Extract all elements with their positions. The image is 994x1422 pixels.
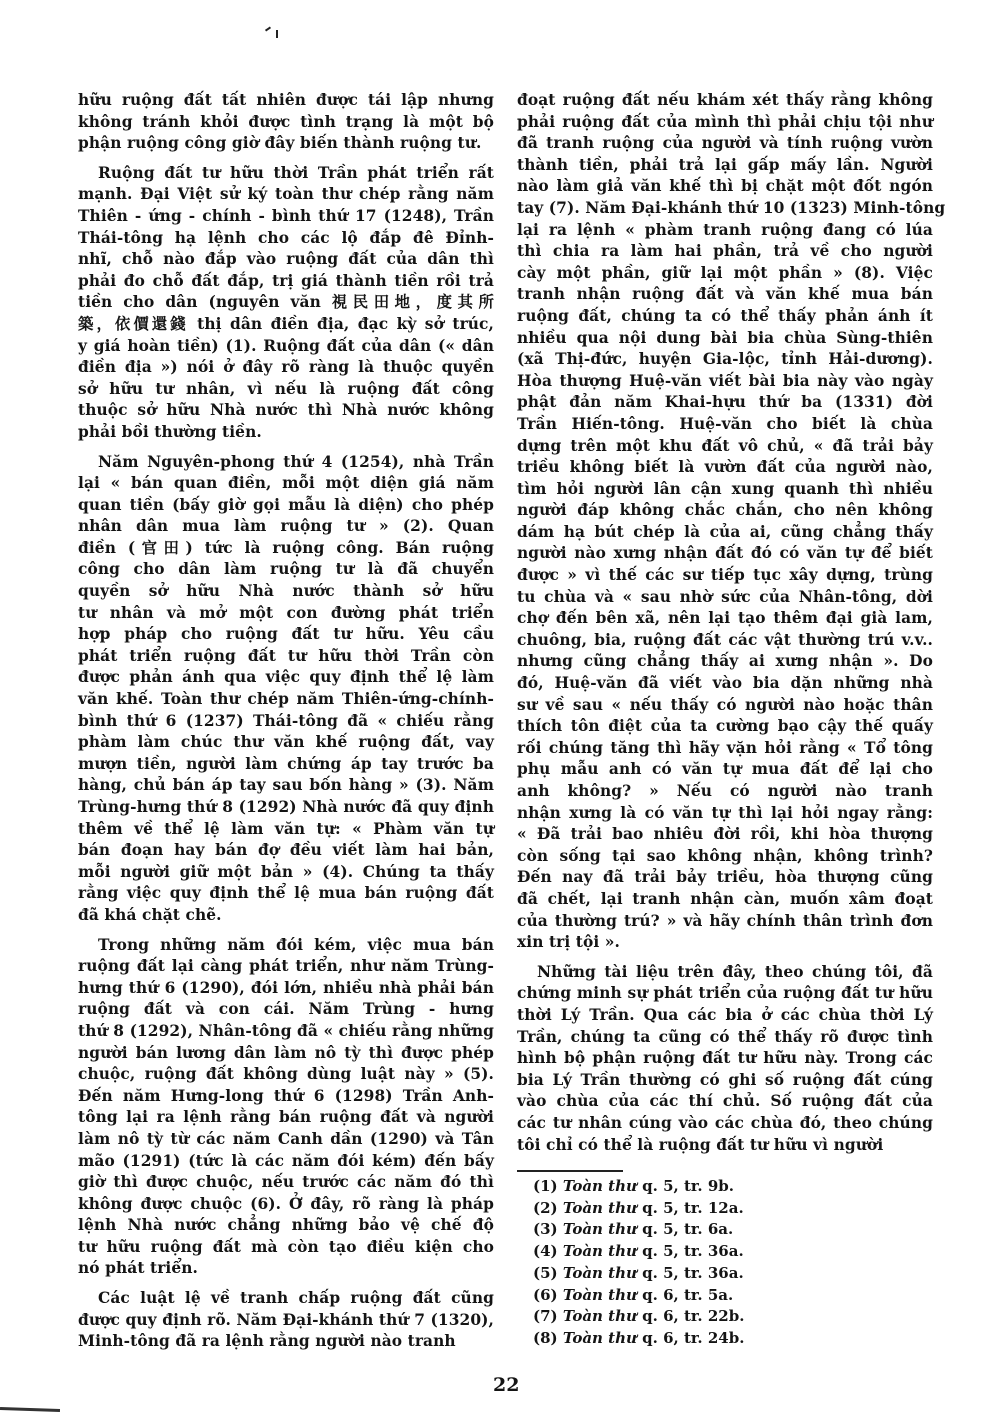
footnote-ref: q. 5, tr. 9b. (642, 1177, 734, 1195)
text-line: nhưng cũng chẳng thấy ai xưng nhận ». Do (517, 651, 933, 673)
text-line: lại ra lệnh « phàm tranh ruộng đang có l… (517, 220, 933, 242)
footnote-ref: q. 5, tr. 6a. (642, 1220, 733, 1238)
text-line: còn sống tại sao không nhận, không trình… (517, 846, 933, 868)
text-line: tranh nhận ruộng đất và văn khế mua bán (517, 284, 933, 306)
text-line: bia Lý Trần thường có ghi số ruộng đất c… (517, 1070, 933, 1092)
text-line: ruộng đất và con cái. Năm Trùng - hưng (78, 999, 494, 1021)
footnote-ref: q. 6, tr. 24b. (642, 1329, 744, 1347)
text-line: người bán lương dân làm nô tỳ thì được p… (78, 1043, 494, 1065)
text-line: nhân dân mua làm ruộng tư » (2). Quan (78, 516, 494, 538)
footnote-number: (1) (533, 1177, 558, 1195)
text-line: được » vì thế các sư tiếp tục xây dựng, … (517, 565, 933, 587)
text-line: triều không biết là vườn đất của người n… (517, 457, 933, 479)
page-number: 22 (493, 1374, 519, 1396)
scan-edge-mark (0, 1407, 60, 1412)
text-line: của thường trú? » và hãy chính thân trìn… (517, 911, 933, 933)
text-line: phụ mẫu anh có văn tự mua đất để lại cho (517, 759, 933, 781)
text-line: đoạt ruộng đất nếu khám xét thấy rằng kh… (517, 90, 933, 112)
text-line: không tránh khỏi được tình trạng là một … (78, 112, 494, 134)
footnote: (4) Toàn thư q. 5, tr. 36a. (533, 1241, 744, 1263)
paragraph: hữu ruộng đất tất nhiên được tái lập như… (78, 90, 494, 155)
text-line: Ruộng đất tư hữu thời Trần phát triển rấ… (78, 163, 494, 185)
paragraph: đoạt ruộng đất nếu khám xét thấy rằng kh… (517, 90, 933, 954)
text-line: hưng thứ 6 (1290), đói lớn, nhiều nhà ph… (78, 978, 494, 1000)
text-line: anh không? » Nếu có người nào tranh (517, 781, 933, 803)
text-line: điền (官田) tức là ruộng công. Bán ruộng (78, 538, 494, 560)
footnote: (3) Toàn thư q. 5, tr. 6a. (533, 1219, 744, 1241)
text-line: chứng minh sự phát triển của ruộng đất t… (517, 983, 933, 1005)
text-line: phải ruộng đất của mình thì phải chịu tộ… (517, 112, 933, 134)
text-line: tay (7). Năm Đại-khánh thứ 10 (1323) Min… (517, 198, 933, 220)
text-line: Các luật lệ về tranh chấp ruộng đất cũng (78, 1288, 494, 1310)
text-line: phát triển ruộng đất tư hữu thời Trần cò… (78, 646, 494, 668)
text-line: công cho dân làm ruộng tư là đã chuyển (78, 559, 494, 581)
text-line: Những tài liệu trên đây, theo chúng tôi,… (517, 962, 933, 984)
text-line: rằng việc quy định thể lệ mua bán ruộng … (78, 883, 494, 905)
scan-artifact-mark (265, 26, 279, 36)
footnote-number: (7) (533, 1307, 558, 1325)
text-line: mạnh. Đại Việt sử ký toàn thư chép rằng … (78, 184, 494, 206)
text-line: đã khá chặt chẽ. (78, 905, 494, 927)
text-line: tiền cho dân (nguyên văn 視民田地，度其所 (78, 292, 494, 314)
text-line: người nào xưng nhận đất đó có văn tự để … (517, 543, 933, 565)
footnote-ref: q. 5, tr. 36a. (642, 1242, 744, 1260)
text-line: nó phát triển. (78, 1258, 494, 1280)
paragraph: Các luật lệ về tranh chấp ruộng đất cũng… (78, 1288, 494, 1353)
text-line: tìm hỏi người lân cận xung quanh thì nhi… (517, 479, 933, 501)
text-line: nhiều qua nội dung bài bia chùa Sùng-thi… (517, 328, 933, 350)
text-line: Minh-tông đã ra lệnh rằng người nào tran… (78, 1331, 494, 1353)
footnote-source: Toàn thư (563, 1220, 637, 1238)
footnote-ref: q. 5, tr. 36a. (642, 1264, 744, 1282)
text-line: điền địa ») nói ở đây rõ ràng là thuộc q… (78, 357, 494, 379)
text-line: các tư nhân cúng vào các chùa đó, theo c… (517, 1113, 933, 1135)
text-line: ruộng đất, chúng ta có thể thấy phản ánh… (517, 306, 933, 328)
text-line: dám hạ bút chép là của ai, cũng chẳng th… (517, 522, 933, 544)
text-line: tu chùa và « sau nhờ sức của Nhân-tông, … (517, 587, 933, 609)
text-line: thành tiền, phải trả lại gấp mấy lần. Ng… (517, 155, 933, 177)
text-line: xin trị tội ». (517, 932, 933, 954)
text-line: Trong những năm đói kém, việc mua bán (78, 935, 494, 957)
text-line: mỗi người giữ một bản » (4). Chúng ta th… (78, 862, 494, 884)
text-line: được phản ánh qua việc quy định thể lệ l… (78, 667, 494, 689)
text-line: ruộng đất lại càng phát triển, như năm T… (78, 956, 494, 978)
text-line: nhận xưng là có văn tự thì lại hỏi ngay … (517, 803, 933, 825)
text-line: lại « bán quan điền, mỗi một diện giá nă… (78, 473, 494, 495)
text-line: vào chùa của các thí chủ. Số ruộng đất c… (517, 1091, 933, 1113)
text-line: nào làm giả văn khế thì bị chặt một đốt … (517, 176, 933, 198)
text-line: Năm Nguyên-phong thứ 4 (1254), nhà Trần (78, 452, 494, 474)
text-line: hữu ruộng đất tất nhiên được tái lập như… (78, 90, 494, 112)
text-line: không được chuộc (6). Ở đây, rõ ràng là … (78, 1194, 494, 1216)
text-line: người đáp không chắc chắn, cho nên không (517, 500, 933, 522)
text-line: giờ thì được chuộc, nếu trước các năm đó… (78, 1172, 494, 1194)
footnote-number: (4) (533, 1242, 558, 1260)
text-line: bình thứ 6 (1237) Thái-tông đã « chiếu r… (78, 711, 494, 733)
footnote: (6) Toàn thư q. 6, tr. 5a. (533, 1285, 744, 1307)
text-line: phải đo chỗ đất đắp, trị giá thành tiền … (78, 271, 494, 293)
text-line: Trần, chúng ta cũng có thể thấy rõ được … (517, 1027, 933, 1049)
footnote-number: (2) (533, 1199, 558, 1217)
text-line: Hòa thượng Huệ-văn viết bài bia này vào … (517, 371, 933, 393)
text-line: mão (1291) (tức là các năm đói kém) đến … (78, 1151, 494, 1173)
text-line: làm nô tỳ từ các năm Canh dần (1290) và … (78, 1129, 494, 1151)
paragraph: Ruộng đất tư hữu thời Trần phát triển rấ… (78, 163, 494, 444)
text-line: bán đoạn hay bán đợ đều viết làm hai bản… (78, 840, 494, 862)
text-line: y giá hoàn tiền) (1). Ruộng đất của dân … (78, 336, 494, 358)
paragraph: Năm Nguyên-phong thứ 4 (1254), nhà Trầnl… (78, 452, 494, 927)
text-line: thích tôn điệt của ta cường bạo cậy thế … (517, 716, 933, 738)
footnote-number: (8) (533, 1329, 558, 1347)
text-line: Đến nay đã trải bảy triều, hòa thượng cũ… (517, 867, 933, 889)
text-line: Thiên - ứng - chính - bình thứ 17 (1248)… (78, 206, 494, 228)
text-line: « Đã trải bao nhiêu đời rồi, khi hòa thư… (517, 824, 933, 846)
footnote-source: Toàn thư (563, 1264, 637, 1282)
footnote-ref: q. 6, tr. 22b. (642, 1307, 744, 1325)
text-line: sư về sau « nếu thấy có người nào hoặc t… (517, 695, 933, 717)
text-line: (xã Thị-đức, huyện Gia-lộc, tỉnh Hải-dươ… (517, 349, 933, 371)
text-line: Đến năm Hưng-long thứ 6 (1298) Trần Anh- (78, 1086, 494, 1108)
text-line: dựng trên một khu đất vô chủ, « đã trải … (517, 436, 933, 458)
footnote: (8) Toàn thư q. 6, tr. 24b. (533, 1328, 744, 1350)
text-line: văn khế. Toàn thư chép năm Thiên-ứng-chí… (78, 689, 494, 711)
text-line: tông lại ra lệnh rằng bán ruộng đất và n… (78, 1107, 494, 1129)
paragraph: Trong những năm đói kém, việc mua bánruộ… (78, 935, 494, 1281)
text-line: thời Lý Trần. Qua các bia ở các chùa thờ… (517, 1005, 933, 1027)
text-line: thứ 8 (1292), Nhân-tông đã « chiếu rằng … (78, 1021, 494, 1043)
footnote-source: Toàn thư (563, 1242, 637, 1260)
text-line: thuộc sở hữu Nhà nước thì Nhà nước không (78, 400, 494, 422)
footnote-number: (5) (533, 1264, 558, 1282)
footnote-source: Toàn thư (563, 1286, 637, 1304)
text-line: chuộc, ruộng đất không dùng luật này » (… (78, 1064, 494, 1086)
footnote-source: Toàn thư (563, 1329, 637, 1347)
footnote-source: Toàn thư (563, 1307, 637, 1325)
footnote-source: Toàn thư (563, 1199, 637, 1217)
text-line: tư nhân và mở một con đường phát triển (78, 603, 494, 625)
text-line: chuông, bia, ruộng đất các vật thường tr… (517, 630, 933, 652)
footnote-number: (3) (533, 1220, 558, 1238)
text-line: đó, Huệ-văn đã viết vào bia dặn những nh… (517, 673, 933, 695)
footnote-source: Toàn thư (563, 1177, 637, 1195)
text-line: quyền sở hữu Nhà nước thành sở hữu (78, 581, 494, 603)
footnote: (5) Toàn thư q. 5, tr. 36a. (533, 1263, 744, 1285)
paragraph: Những tài liệu trên đây, theo chúng tôi,… (517, 962, 933, 1156)
text-line: tôi chỉ có thể là ruộng đất tư hữu vì ng… (517, 1135, 933, 1157)
right-column: đoạt ruộng đất nếu khám xét thấy rằng kh… (517, 90, 933, 1156)
text-line: quan tiền (bấy giờ gọi mẫu là diện) cho … (78, 495, 494, 517)
footnote-ref: q. 6, tr. 5a. (642, 1286, 733, 1304)
footnote-separator (517, 1170, 623, 1172)
text-line: đã chết, lại tranh nhận càn, muốn xâm đo… (517, 889, 933, 911)
text-line: hàng, chủ bán áp tay sau bốn hàng » (3).… (78, 775, 494, 797)
footnote-number: (6) (533, 1286, 558, 1304)
text-line: nhĩ, chỗ nào đắp vào ruộng đất của dân t… (78, 249, 494, 271)
footnote: (7) Toàn thư q. 6, tr. 22b. (533, 1306, 744, 1328)
footnotes: (1) Toàn thư q. 5, tr. 9b.(2) Toàn thư q… (533, 1176, 744, 1350)
left-column: hữu ruộng đất tất nhiên được tái lập như… (78, 90, 494, 1353)
text-line: hình bộ phận ruộng đất tư hữu này. Trong… (517, 1048, 933, 1070)
text-line: hợp pháp cho ruộng đất tư hữu. Yêu cầu (78, 624, 494, 646)
text-line: rối chúng tăng thì hãy vặn hỏi rằng « Tổ… (517, 738, 933, 760)
text-line: cày một phần, giữ lại một phần » (8). Vi… (517, 263, 933, 285)
footnote: (1) Toàn thư q. 5, tr. 9b. (533, 1176, 744, 1198)
text-line: đã tranh ruộng của người và tính ruộng v… (517, 133, 933, 155)
text-line: được quy định rõ. Năm Đại-khánh thứ 7 (1… (78, 1310, 494, 1332)
text-line: Trùng-hưng thứ 8 (1292) Nhà nước đã quy … (78, 797, 494, 819)
footnote: (2) Toàn thư q. 5, tr. 12a. (533, 1198, 744, 1220)
text-line: phải bồi thường tiền. (78, 422, 494, 444)
text-line: phận ruộng công giờ đây biến thành ruộng… (78, 133, 494, 155)
text-line: phàm làm chúc thư văn khế ruộng đất, vay (78, 732, 494, 754)
text-line: sở hữu tư nhân, vì nếu là ruộng đất công (78, 379, 494, 401)
text-line: Trần Hiến-tông. Huệ-văn cho biết là chùa (517, 414, 933, 436)
text-line: Thái-tông hạ lệnh cho các lộ đắp đê Đỉnh… (78, 228, 494, 250)
text-line: tư hữu ruộng đất mà còn tạo điều kiện ch… (78, 1237, 494, 1259)
text-line: thì chia ra làm hai phần, trả về cho ngư… (517, 241, 933, 263)
text-line: mượn tiền, người làm chứng áp tay trước … (78, 754, 494, 776)
text-line: chợ đến bên xã, nên lại tạo thêm đại già… (517, 608, 933, 630)
text-line: thêm về thể lệ làm văn tự: « Phàm văn tự (78, 819, 494, 841)
text-line: 築，依價還錢 thị dân điền địa, đạc kỳ sở trúc, (78, 314, 494, 336)
footnote-ref: q. 5, tr. 12a. (642, 1199, 744, 1217)
text-line: lệnh Nhà nước chẳng những bảo vệ chế độ (78, 1215, 494, 1237)
text-line: phật đản năm Khai-hựu thứ ba (1331) đời (517, 392, 933, 414)
